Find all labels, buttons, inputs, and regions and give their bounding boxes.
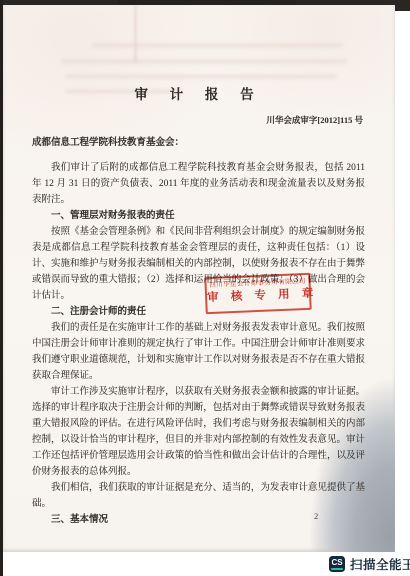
camscanner-logo-icon: CS [329,556,345,572]
document-page: 审 计 报 告 川华会成审字[2012]115 号 成都信息工程学院科技教育基金… [3,5,395,552]
report-number: 川华会成审字[2012]115 号 [32,114,365,126]
paragraph-intro: 我们审计了后附的成都信息工程学院科技教育基金会财务报表，包括 2011 年 12… [32,160,365,208]
page-number: 2 [314,511,318,521]
camscanner-app-name: 扫描全能王 [350,555,410,573]
paragraph-audit-procedures: 审计工作涉及实施审计程序，以获取有关财务报表金额和披露的审计证据。选择的审计程序… [32,384,365,480]
document-title: 审 计 报 告 [32,83,365,103]
camscanner-logo-text: CS [331,559,342,567]
camscanner-logo-accent-bar [331,568,343,571]
red-review-stamp: 四川华星会计师事务所有限公司 审 核 专 用 章 [204,273,311,314]
document-content: 审 计 报 告 川华会成审字[2012]115 号 成都信息工程学院科技教育基金… [32,5,365,528]
section-heading-1: 一、管理层对财务报表的责任 [32,208,365,224]
scanned-audit-report: { "doc": { "title": "审 计 报 告", "report_n… [0,0,410,576]
camscanner-watermark: CS 扫描全能王 [329,555,410,572]
addressee-line: 成都信息工程学院科技教育基金会： [32,135,365,151]
section-heading-2: 二、注册会计师的责任 [32,304,365,320]
paragraph-cpa-responsibility: 我们的责任是在实施审计工作的基础上对财务报表发表审计意见。我们按照中国注册会计师… [32,320,365,384]
paragraph-audit-evidence: 我们相信，我们获取的审计证据是充分、适当的，为发表审计意见提供了基础。 [32,480,365,512]
stamp-seal-text: 审 核 专 用 章 [207,288,309,305]
document-body: 成都信息工程学院科技教育基金会： 我们审计了后附的成都信息工程学院科技教育基金会… [32,135,365,528]
